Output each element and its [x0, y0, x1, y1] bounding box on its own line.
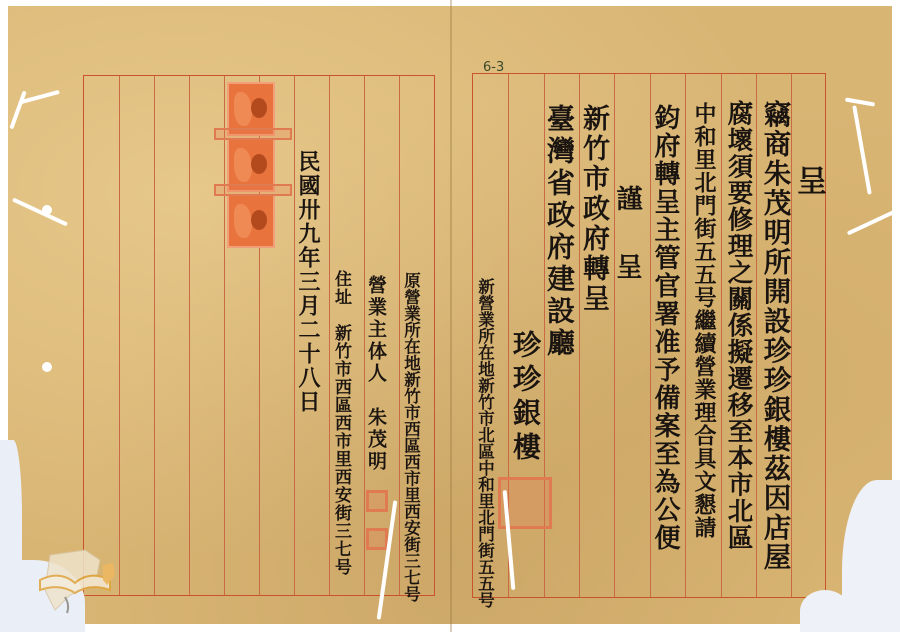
paper-hole [42, 205, 52, 215]
personal-seal-1 [366, 490, 388, 512]
text-column-1: 竊商朱茂明所開設珍珍銀樓茲因店屋 [760, 100, 788, 572]
residence-address: 住址 新竹市西區西市里西安街三七号 [332, 270, 349, 576]
text-column-4: 鈞府轉呈主管官署准予備案至為公便 [652, 104, 678, 552]
original-address: 原營業所在地新竹市西區西市里西安街三七号 [402, 272, 419, 602]
addressee-taiwan: 臺灣省政府建設廳 [545, 104, 573, 360]
cancel-seal-2 [214, 184, 292, 196]
signer-shop-name: 珍珍銀樓 [511, 330, 539, 466]
cancel-seal-1 [214, 128, 292, 140]
revenue-stamp-3 [227, 194, 275, 248]
paper-hole [42, 362, 52, 372]
page-fold [450, 0, 452, 632]
torn-edge-bottom-right [800, 590, 850, 632]
archive-logo-icon [25, 535, 125, 615]
personal-seal-2 [366, 528, 388, 550]
text-column-2: 腐壞須要修理之關係擬遷移至本市北區 [725, 100, 751, 551]
date-line: 民國卅九年三月二十八日 [297, 150, 319, 414]
text-jin-cheng: 謹 呈 [614, 185, 640, 287]
text-column-3: 中和里北門街五五号繼續營業理合具文懇請 [693, 102, 715, 539]
new-address: 新營業所在地新竹市北區中和里北門街五五号 [476, 278, 493, 608]
business-owner: 營業主体人 朱茂明 [366, 275, 385, 473]
addressee-hsinchu: 新竹市政府轉呈 [580, 104, 607, 314]
heading-cheng: 呈 [793, 165, 823, 195]
